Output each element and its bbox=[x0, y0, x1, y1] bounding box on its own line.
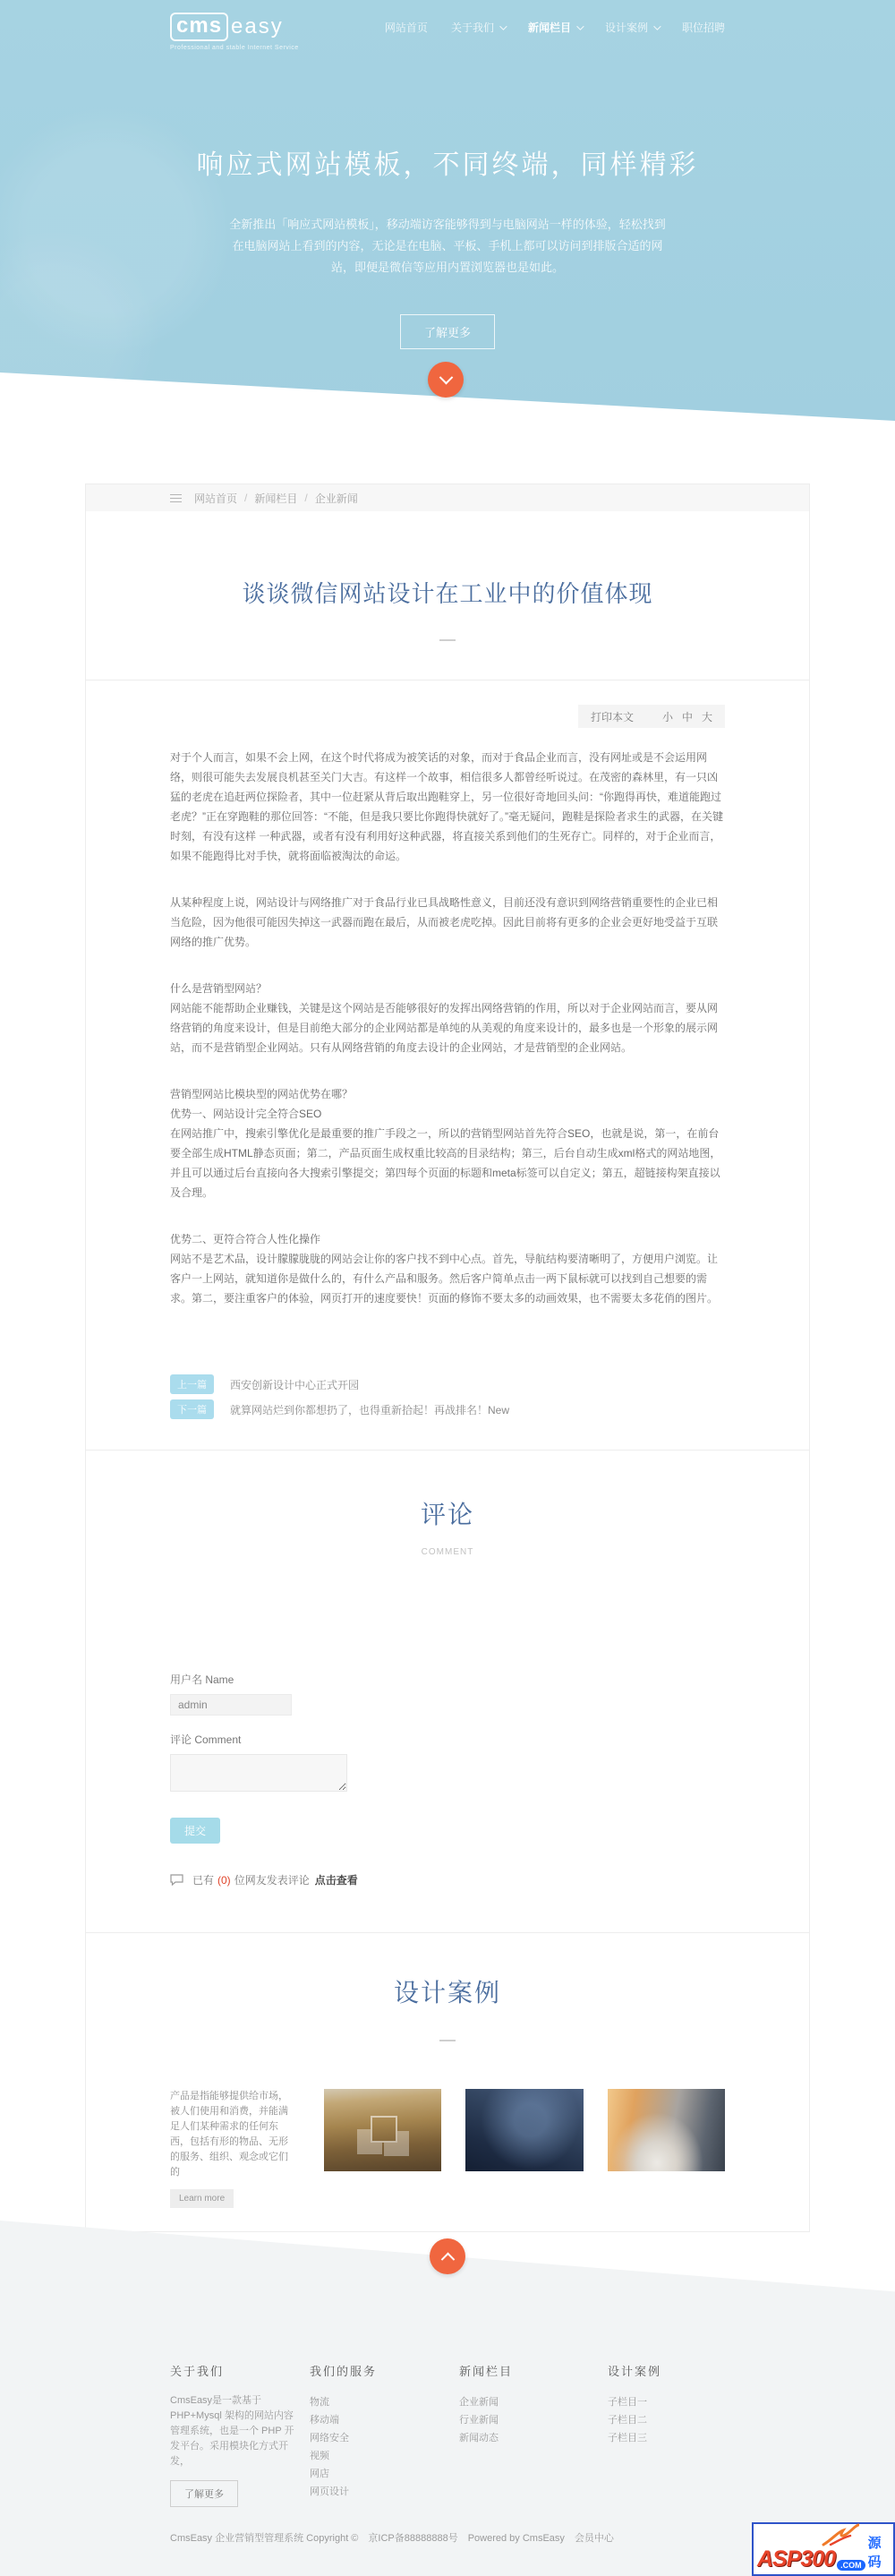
case-intro-text: 产品是指能够提供给市场，被人们使用和消费，并能满足人们某种需求的任何东西，包括有… bbox=[170, 2089, 288, 2180]
logo-tagline: Professional and stable Internet Service bbox=[170, 45, 299, 51]
footer-link-subcategory-1[interactable]: 子栏目一 bbox=[608, 2393, 725, 2411]
chevron-up-icon bbox=[440, 2252, 455, 2266]
hero-section: cms easy Professional and stable Interne… bbox=[0, 0, 895, 421]
chevron-down-icon bbox=[653, 22, 661, 30]
asp300-text: ASP300 bbox=[757, 2548, 835, 2571]
nav-item-news[interactable]: 新闻栏目 bbox=[528, 20, 582, 35]
font-size-medium-button[interactable]: 中 bbox=[682, 709, 693, 724]
design-cases-section: 设计案例 产品是指能够提供给市场，被人们使用和消费，并能满足人们某种需求的任何东… bbox=[86, 1933, 809, 2231]
comment-textarea[interactable] bbox=[170, 1754, 347, 1792]
comment-label: 评论 Comment bbox=[170, 1732, 725, 1747]
comment-count: (0) bbox=[217, 1874, 231, 1887]
footer-link-subcategory-2[interactable]: 子栏目二 bbox=[608, 2411, 725, 2429]
comment-count-prefix: 已有 bbox=[192, 1872, 214, 1887]
hero-title: 响应式网站模板，不同终端，同样精彩 bbox=[0, 142, 895, 182]
asp300-watermark: ASP300 .COM 源码 bbox=[752, 2522, 895, 2576]
article-paragraph: 营销型网站比模块型的网站优势在哪？ 优势一、网站设计完全符合SEO 在网站推广中… bbox=[170, 1084, 725, 1202]
header-bar: cms easy Professional and stable Interne… bbox=[170, 0, 725, 51]
nav-item-about[interactable]: 关于我们 bbox=[451, 20, 505, 35]
footer-services-column: 我们的服务 物流 移动端 网络安全 视频 网店 网页设计 bbox=[310, 2362, 459, 2507]
footer-link-industry-news[interactable]: 行业新闻 bbox=[459, 2411, 608, 2429]
footer-link-video[interactable]: 视频 bbox=[310, 2447, 459, 2465]
flame-icon bbox=[820, 2523, 859, 2551]
article-paragraph: 优势二、更符合符合人性化操作 网站不是艺术品，设计朦朦胧胧的网站会让你的客户找不… bbox=[170, 1229, 725, 1305]
footer-link-shop[interactable]: 网店 bbox=[310, 2465, 459, 2483]
nav-item-jobs[interactable]: 职位招聘 bbox=[682, 20, 725, 35]
chevron-down-icon bbox=[576, 22, 584, 30]
article-paragraph: 什么是营销型网站？ 网站能不能帮助企业赚钱，关键是这个网站是否能够很好的发挥出网… bbox=[170, 979, 725, 1057]
main-content-card: 网站首页 / 新闻栏目 / 企业新闻 谈谈微信网站设计在工业中的价值体现 打印本… bbox=[85, 484, 810, 2232]
prev-next-nav: 上一篇 西安创新设计中心正式开园 下一篇 就算网站烂到你都想扔了，也得重新拾起！… bbox=[170, 1374, 725, 1419]
scroll-top-button[interactable] bbox=[430, 2238, 465, 2274]
footer-news-title: 新闻栏目 bbox=[459, 2362, 608, 2379]
article-paragraph: 从某种程度上说，网站设计与网络推广对于食品行业已具战略性意义，目前还没有意识到网… bbox=[170, 893, 725, 952]
footer-services-title: 我们的服务 bbox=[310, 2362, 459, 2379]
footer-link-company-news[interactable]: 企业新闻 bbox=[459, 2393, 608, 2411]
footer-link-mobile[interactable]: 移动端 bbox=[310, 2411, 459, 2429]
footer-cases-title: 设计案例 bbox=[608, 2362, 725, 2379]
font-size-small-button[interactable]: 小 bbox=[662, 709, 673, 724]
copyright-text: CmsEasy 企业营销型管理系统 Copyright © 京ICP备88888… bbox=[170, 2530, 725, 2545]
comment-count-row: 已有 (0) 位网友发表评论 点击查看 bbox=[170, 1872, 725, 1887]
comments-subtitle: COMMENT bbox=[86, 1547, 809, 1557]
comment-bubble-icon bbox=[170, 1874, 183, 1886]
asp300-cn-text: 源码 bbox=[868, 2533, 890, 2571]
footer-about-column: 关于我们 CmsEasy是一款基于 PHP+Mysql 架构的网站内容管理系统，… bbox=[170, 2362, 310, 2507]
hamburger-icon[interactable] bbox=[170, 494, 182, 502]
article-title: 谈谈微信网站设计在工业中的价值体现 bbox=[86, 576, 809, 609]
prev-article-link[interactable]: 西安创新设计中心正式开园 bbox=[230, 1377, 359, 1392]
footer-cases-column: 设计案例 子栏目一 子栏目二 子栏目三 bbox=[608, 2362, 725, 2507]
nav-item-cases[interactable]: 设计案例 bbox=[605, 20, 659, 35]
breadcrumb: 网站首页 / 新闻栏目 / 企业新闻 bbox=[86, 484, 809, 511]
site-logo[interactable]: cms easy Professional and stable Interne… bbox=[170, 13, 299, 51]
breadcrumb-item-news[interactable]: 新闻栏目 bbox=[254, 491, 297, 506]
asp300-com-badge: .COM bbox=[837, 2560, 865, 2571]
scroll-down-button[interactable] bbox=[428, 362, 464, 398]
article-toolbar: 打印本文 小 中 大 bbox=[578, 705, 725, 728]
footer-link-security[interactable]: 网络安全 bbox=[310, 2429, 459, 2447]
case-learn-more-button[interactable]: Learn more bbox=[170, 2189, 234, 2208]
nav-item-home[interactable]: 网站首页 bbox=[385, 20, 428, 35]
title-divider bbox=[439, 639, 456, 641]
name-input[interactable] bbox=[170, 1694, 292, 1716]
chevron-down-icon bbox=[499, 22, 507, 30]
main-nav: 网站首页 关于我们 新闻栏目 设计案例 职位招聘 bbox=[362, 20, 725, 35]
case-image-fashion-dark-blue[interactable] bbox=[465, 2089, 583, 2171]
breadcrumb-item-company-news[interactable]: 企业新闻 bbox=[315, 491, 358, 506]
hero-subtitle: 全新推出「响应式网站模板」，移动端访客能够得到与电脑网站一样的体验，轻松找到在电… bbox=[224, 214, 671, 278]
footer-about-text: CmsEasy是一款基于 PHP+Mysql 架构的网站内容管理系统，也是一个 … bbox=[170, 2393, 303, 2469]
comments-title: 评论 bbox=[86, 1495, 809, 1531]
article-paragraph: 对于个人而言，如果不会上网，在这个时代将成为被笑话的对象，而对于食品企业而言，没… bbox=[170, 748, 725, 866]
learn-more-button[interactable]: 了解更多 bbox=[400, 314, 495, 349]
footer-link-logistics[interactable]: 物流 bbox=[310, 2393, 459, 2411]
name-label: 用户名 Name bbox=[170, 1672, 725, 1687]
logo-cms-box: cms bbox=[170, 13, 228, 41]
breadcrumb-item-home[interactable]: 网站首页 bbox=[194, 491, 237, 506]
comment-count-suffix: 位网友发表评论 bbox=[234, 1872, 310, 1887]
footer-link-webdesign[interactable]: 网页设计 bbox=[310, 2483, 459, 2501]
article-body: 对于个人而言，如果不会上网，在这个时代将成为被笑话的对象，而对于食品企业而言，没… bbox=[170, 748, 725, 1305]
logo-easy-text: easy bbox=[231, 16, 284, 38]
footer-link-news-updates[interactable]: 新闻动态 bbox=[459, 2429, 608, 2447]
view-comments-link[interactable]: 点击查看 bbox=[315, 1872, 358, 1887]
next-article-link[interactable]: 就算网站烂到你都想扔了，也得重新拾起！再战排名！New bbox=[230, 1402, 509, 1417]
footer-news-column: 新闻栏目 企业新闻 行业新闻 新闻动态 bbox=[459, 2362, 608, 2507]
footer-link-subcategory-3[interactable]: 子栏目三 bbox=[608, 2429, 725, 2447]
print-button[interactable]: 打印本文 bbox=[591, 709, 634, 724]
cases-title: 设计案例 bbox=[86, 1973, 809, 2009]
case-image-mountain-landscape[interactable] bbox=[324, 2089, 441, 2171]
submit-button[interactable]: 提交 bbox=[170, 1818, 220, 1844]
footer-about-title: 关于我们 bbox=[170, 2362, 310, 2379]
prev-article-badge[interactable]: 上一篇 bbox=[170, 1374, 214, 1394]
chevron-down-icon bbox=[439, 370, 453, 384]
case-image-bedroom-sunset[interactable] bbox=[608, 2089, 725, 2171]
font-size-large-button[interactable]: 大 bbox=[702, 709, 712, 724]
next-article-badge[interactable]: 下一篇 bbox=[170, 1399, 214, 1419]
comment-form: 用户名 Name 评论 Comment 提交 已有 (0) 位网友发表评论 点击… bbox=[170, 1672, 725, 1887]
cases-divider bbox=[439, 2040, 456, 2041]
footer-learn-more-button[interactable]: 了解更多 bbox=[170, 2480, 238, 2507]
comments-section: 评论 COMMENT 用户名 Name 评论 Comment 提交 已有 (0)… bbox=[86, 1451, 809, 1933]
